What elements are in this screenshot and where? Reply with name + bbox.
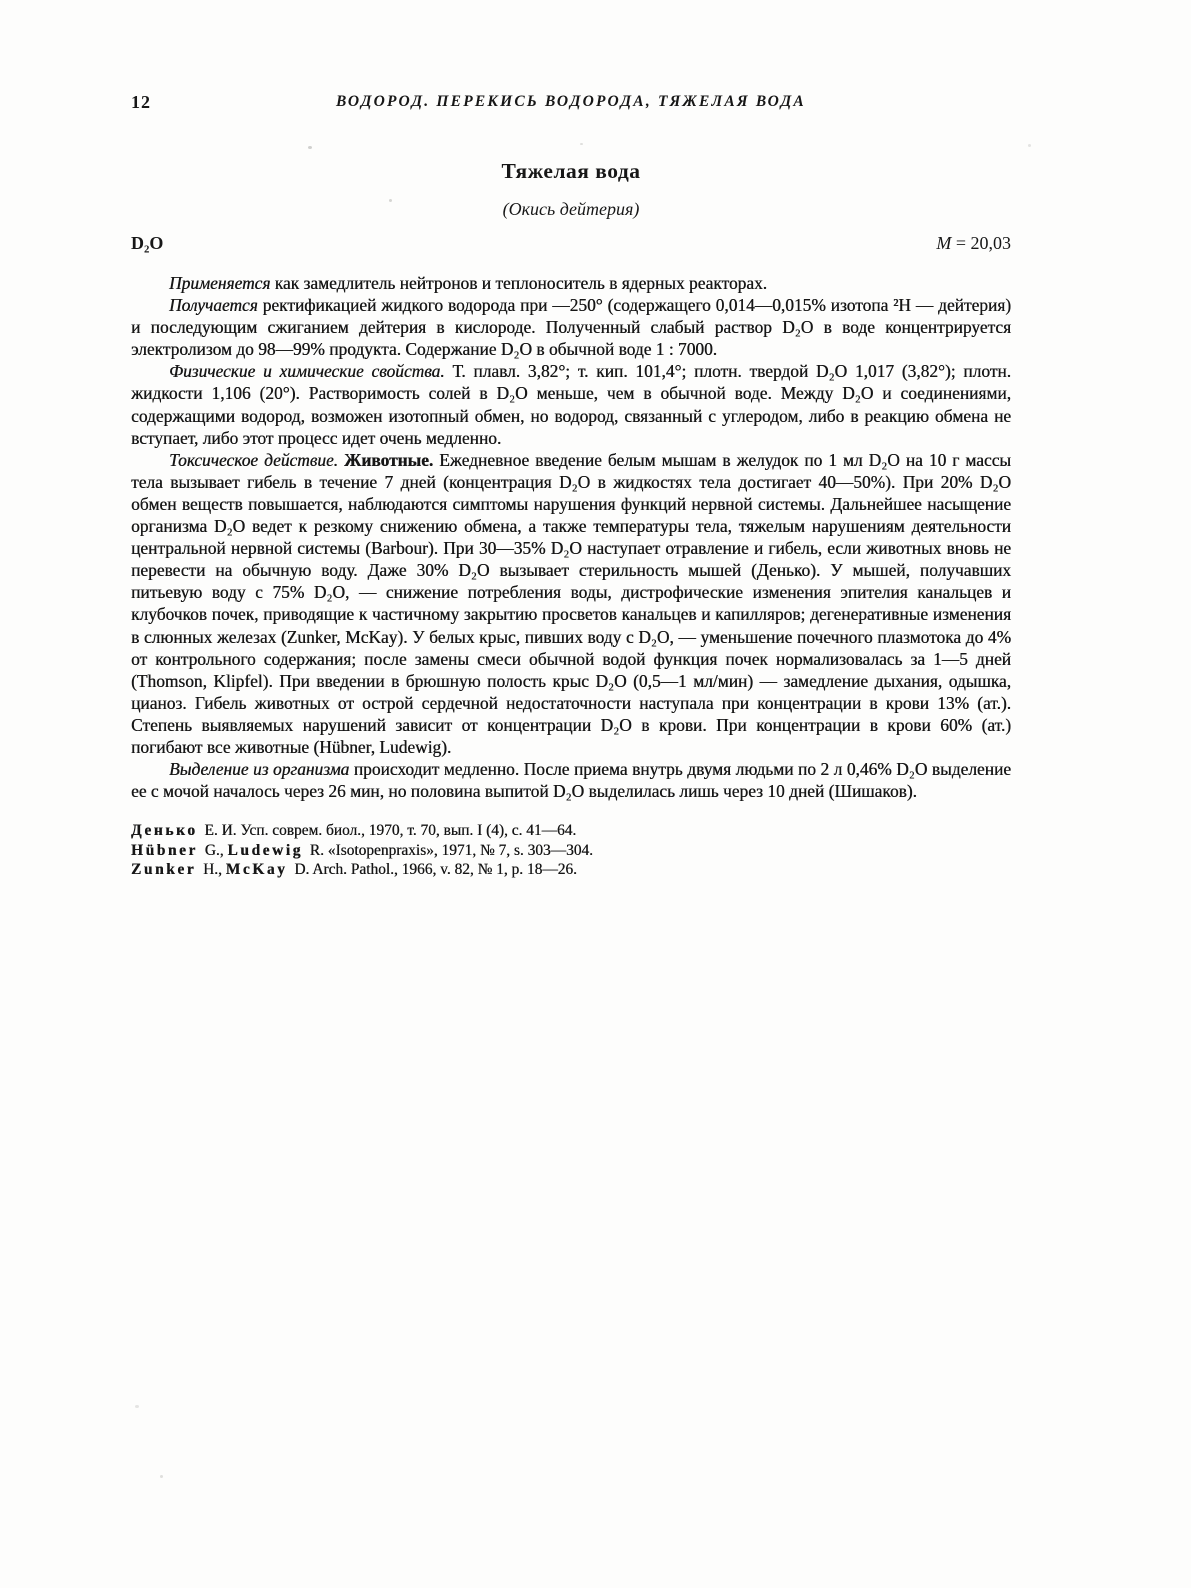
scan-speck bbox=[135, 1405, 139, 1408]
scanned-page: 12 ВОДОРОД. ПЕРЕКИСЬ ВОДОРОДА, ТЯЖЕЛАЯ В… bbox=[0, 0, 1191, 1588]
scan-speck bbox=[389, 199, 392, 202]
scan-speck bbox=[308, 146, 312, 149]
text-segment: Животные. bbox=[338, 450, 433, 470]
scan-speck bbox=[580, 143, 583, 145]
page-header: 12 ВОДОРОД. ПЕРЕКИСЬ ВОДОРОДА, ТЯЖЕЛАЯ В… bbox=[131, 92, 1011, 116]
text-segment: ректификацией жидкого водорода при —250°… bbox=[131, 295, 1011, 359]
article-body: Применяется как замедлитель нейтронов и … bbox=[131, 272, 1011, 802]
text-segment: Hübner bbox=[131, 842, 198, 859]
article-title: Тяжелая вода bbox=[131, 159, 1011, 184]
paragraph: Получается ректификацией жидкого водород… bbox=[131, 294, 1011, 360]
text-segment: Применяется bbox=[169, 273, 270, 293]
text-segment: McKay bbox=[226, 861, 288, 878]
text-segment: D. Arch. Pathol., 1966, v. 82, № 1, p. 1… bbox=[290, 861, 576, 878]
molecular-mass-symbol: М bbox=[936, 233, 951, 253]
reference-entry: Hübner G., Ludewig R. «Isotopenpraxis», … bbox=[131, 841, 1011, 861]
text-segment: Ежедневное введение белым мышам в желудо… bbox=[131, 450, 1011, 757]
text-segment: Физические и химические свойства. bbox=[169, 361, 445, 381]
article-subtitle: (Окись дейтерия) bbox=[131, 199, 1011, 220]
text-segment: H., bbox=[199, 861, 226, 878]
text-segment: G., bbox=[201, 842, 228, 859]
text-segment: Е. И. Усп. соврем. биол., 1970, т. 70, в… bbox=[201, 822, 577, 839]
paragraph: Физические и химические свойства. Т. пла… bbox=[131, 360, 1011, 448]
text-segment: Zunker bbox=[131, 861, 196, 878]
formula-row: D₂O М = 20,03 bbox=[131, 233, 1011, 254]
text-segment: Выделение из организма bbox=[169, 759, 349, 779]
text-segment: Ludewig bbox=[227, 842, 303, 859]
molecular-mass-value: = 20,03 bbox=[956, 233, 1011, 253]
running-head: ВОДОРОД. ПЕРЕКИСЬ ВОДОРОДА, ТЯЖЕЛАЯ ВОДА bbox=[131, 93, 1011, 111]
paragraph: Применяется как замедлитель нейтронов и … bbox=[131, 272, 1011, 294]
scan-speck bbox=[1028, 144, 1031, 147]
text-segment: Токсическое действие. bbox=[169, 450, 338, 470]
molecular-mass: М = 20,03 bbox=[936, 233, 1011, 254]
chemical-formula: D₂O bbox=[131, 233, 163, 254]
references-list: Денько Е. И. Усп. соврем. биол., 1970, т… bbox=[131, 821, 1011, 880]
text-segment: R. «Isotopenpraxis», 1971, № 7, s. 303—3… bbox=[306, 842, 593, 859]
scan-speck bbox=[160, 1475, 163, 1478]
text-segment: Денько bbox=[131, 822, 198, 839]
text-column: 12 ВОДОРОД. ПЕРЕКИСЬ ВОДОРОДА, ТЯЖЕЛАЯ В… bbox=[131, 92, 1011, 880]
reference-entry: Денько Е. И. Усп. соврем. биол., 1970, т… bbox=[131, 821, 1011, 841]
paragraph: Выделение из организма происходит медлен… bbox=[131, 758, 1011, 802]
text-segment: Получается bbox=[169, 295, 258, 315]
paragraph: Токсическое действие. Животные. Ежедневн… bbox=[131, 449, 1011, 758]
text-segment: как замедлитель нейтронов и теплоносител… bbox=[270, 273, 767, 293]
reference-entry: Zunker H., McKay D. Arch. Pathol., 1966,… bbox=[131, 860, 1011, 880]
